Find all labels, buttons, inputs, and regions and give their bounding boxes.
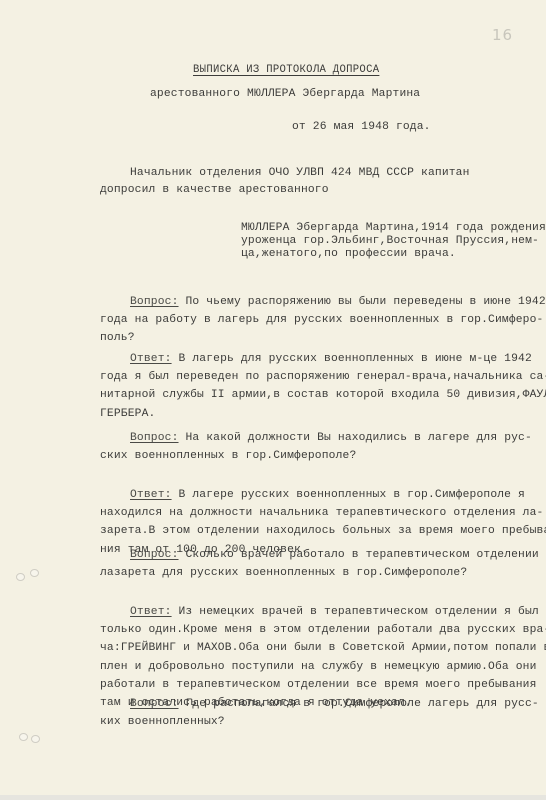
handwritten-page-number: 16 xyxy=(492,26,513,44)
qa-continuation-line: ГЕРБЕРА. xyxy=(100,408,155,421)
document-page: 16 ВЫПИСКА ИЗ ПРОТОКОЛА ДОПРОСА арестова… xyxy=(0,0,546,795)
qa-continuation-line: находился на должности начальника терапе… xyxy=(100,507,543,520)
question-label: Вопрос: xyxy=(130,698,179,710)
qa-continuation-line: лазарета для русских военнопленных в гор… xyxy=(100,567,467,580)
punch-hole-mark xyxy=(31,735,40,743)
question-label: Вопрос: xyxy=(130,549,179,561)
question-label: Вопрос: xyxy=(130,296,179,308)
answer-line: Ответ: В лагерь для русских военнопленны… xyxy=(130,353,532,366)
answer-line: Ответ: Из немецких врачей в терапевтичес… xyxy=(130,606,539,619)
punch-hole-mark xyxy=(16,573,25,581)
qa-continuation-line: нитарной службы II армии,в состав которо… xyxy=(100,389,546,402)
qa-continuation-line: ских военнопленных в гор.Симферополе? xyxy=(100,450,356,463)
document-subtitle: арестованного МЮЛЛЕРА Эбергарда Мартина xyxy=(150,88,420,101)
punch-hole-mark xyxy=(19,733,28,741)
qa-first-line-text: В лагерь для русских военнопленных в июн… xyxy=(172,353,532,365)
question-line: Вопрос: Где располагался в гор.Симферопо… xyxy=(130,698,539,711)
qa-first-line-text: На какой должности Вы находились в лагер… xyxy=(179,432,532,444)
answer-line: Ответ: В лагере русских военнопленных в … xyxy=(130,489,525,502)
qa-continuation-line: ча:ГРЕЙВИНГ и МАХОВ.Оба они были в Совет… xyxy=(100,642,546,655)
qa-first-line-text: В лагере русских военнопленных в гор.Сим… xyxy=(172,489,525,501)
qa-continuation-line: поль? xyxy=(100,332,135,345)
qa-continuation-line: ких военнопленных? xyxy=(100,716,225,729)
answer-label: Ответ: xyxy=(130,606,172,618)
subject-line: ца,женатого,по профессии врача. xyxy=(241,248,456,261)
subject-line: уроженца гор.Эльбинг,Восточная Пруссия,н… xyxy=(241,235,539,248)
qa-first-line-text: Сколько врачей работало в терапевтическо… xyxy=(179,549,539,561)
qa-first-line-text: Из немецких врачей в терапевтическом отд… xyxy=(172,606,539,618)
qa-continuation-line: работали в терапевтическом отделении все… xyxy=(100,679,537,692)
question-label: Вопрос: xyxy=(130,432,179,444)
intro-line: Начальник отделения ОЧО УЛВП 424 МВД ССС… xyxy=(130,167,470,180)
page-bottom-edge xyxy=(0,795,546,800)
qa-continuation-line: года на работу в лагерь для русских воен… xyxy=(100,314,543,327)
question-line: Вопрос: На какой должности Вы находились… xyxy=(130,432,532,445)
subject-line: МЮЛЛЕРА Эбергарда Мартина,1914 года рожд… xyxy=(241,222,546,235)
intro-line: допросил в качестве арестованного xyxy=(100,184,329,197)
qa-continuation-line: только один.Кроме меня в этом отделении … xyxy=(100,624,546,637)
document-date: от 26 мая 1948 года. xyxy=(292,121,431,134)
qa-continuation-line: зарета.В этом отделении находилось больн… xyxy=(100,525,546,538)
qa-first-line-text: Где располагался в гор.Симферополе лагер… xyxy=(179,698,539,710)
document-title: ВЫПИСКА ИЗ ПРОТОКОЛА ДОПРОСА xyxy=(193,64,379,77)
question-line: Вопрос: По чьему распоряжению вы были пе… xyxy=(130,296,546,309)
question-line: Вопрос: Сколько врачей работало в терапе… xyxy=(130,549,539,562)
punch-hole-mark xyxy=(30,569,39,577)
qa-first-line-text: По чьему распоряжению вы были переведены… xyxy=(179,296,546,308)
answer-label: Ответ: xyxy=(130,489,172,501)
qa-continuation-line: года я был переведен по распоряжению ген… xyxy=(100,371,546,384)
answer-label: Ответ: xyxy=(130,353,172,365)
qa-continuation-line: плен и добровольно поступили на службу в… xyxy=(100,661,537,674)
